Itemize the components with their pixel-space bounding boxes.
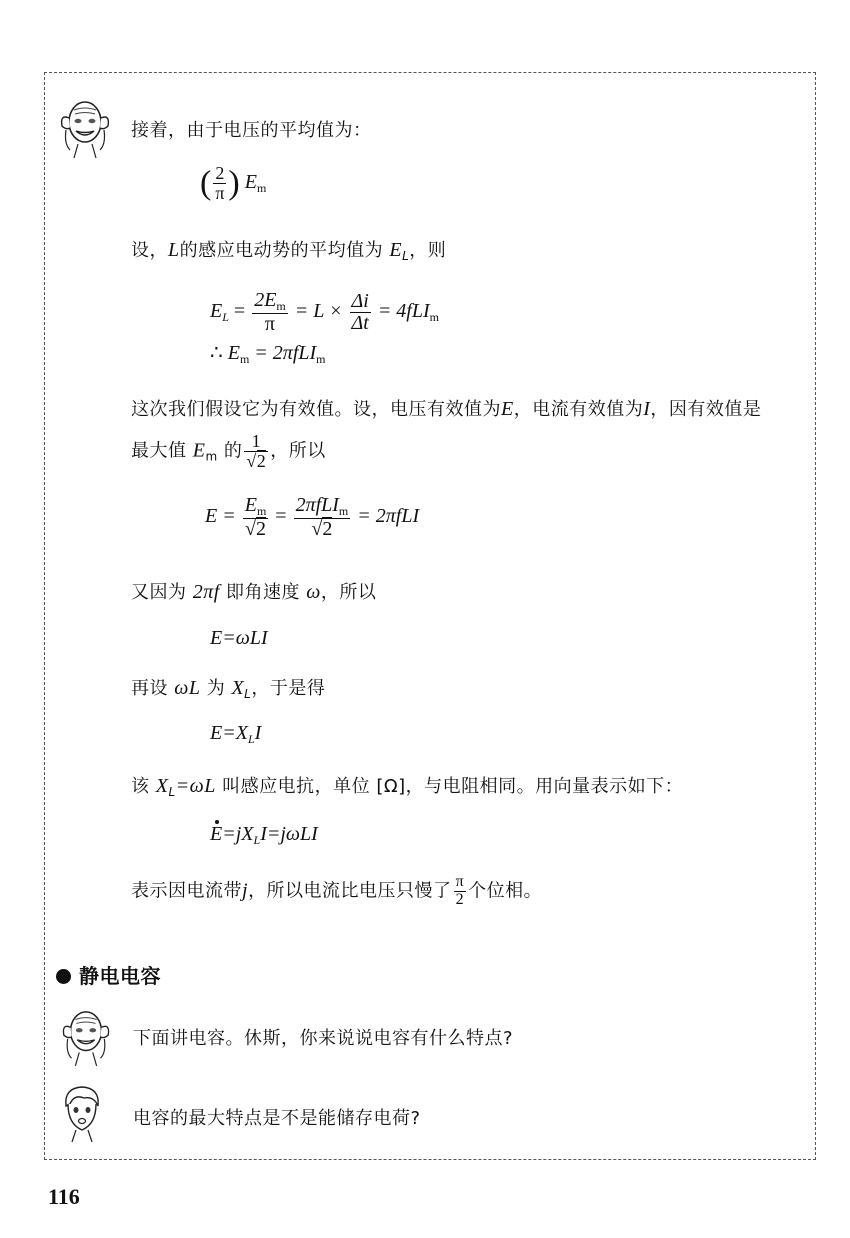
paragraph-inductive-reactance: 该 XL=ωL 叫感应电抗，单位 [Ω]，与电阻相同。用向量表示如下： [131,772,683,799]
paragraph-induced-emf: 设，L的感应电动势的平均值为 EL，则 [131,236,446,263]
teacher-dialogue-2: 下面讲电容。休斯，你来说说电容有什么特点? [133,1024,513,1050]
equation-e-xl-i: E=XLI [210,722,261,747]
student-face-icon [60,1084,104,1144]
average-voltage-formula: (2π) Em [200,164,266,203]
equation-max-emf: ∴ Em = 2πfLIm [210,340,326,367]
paragraph-angular-velocity: 又因为 2πf 即角速度 ω，所以 [131,578,376,604]
equation-effective-voltage: E = Em√2 = 2πfLIm√2 = 2πfLI [205,495,419,540]
teacher-face-icon [58,1004,114,1068]
equation-induced-emf: EL = 2Emπ = L × ΔiΔt = 4fLIm [210,290,439,335]
section-heading: 静电电容 [56,960,161,989]
bullet-icon [56,969,71,984]
page-number: 116 [48,1184,80,1210]
equation-e-omega-li: E=ωLI [210,627,268,650]
equation-vector-form: E=jXLI=jωLI [210,823,318,848]
teacher-face-icon [56,94,114,160]
teacher-dialogue-1: 接着，由于电压的平均值为： [131,116,372,142]
paragraph-phase-lag: 表示因电流带j，所以电流比电压只慢了π2个位相。 [131,874,542,909]
paragraph-effective-value-line1: 这次我们假设它为有效值。设，电压有效值为E，电流有效值为I，因有效值是 [131,395,761,421]
student-dialogue: 电容的最大特点是不是能储存电荷? [133,1104,421,1130]
paragraph-reactance-def: 再设 ωL 为 XL，于是得 [131,674,325,701]
paragraph-effective-value-line2: 最大值 Em 的1√2，所以 [131,432,326,471]
